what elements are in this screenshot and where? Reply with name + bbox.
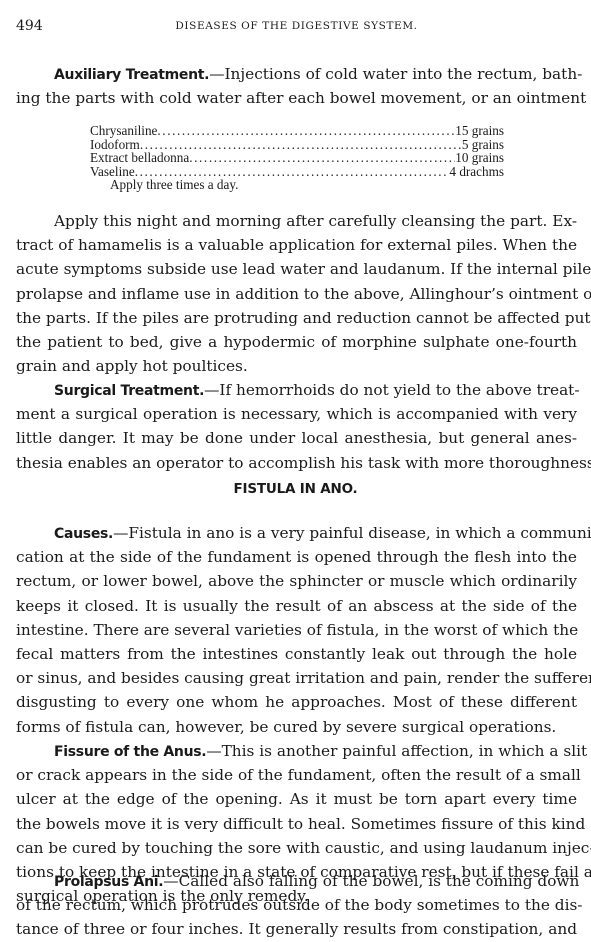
text-line: or crack appears in the side of the fund… [16,763,577,787]
recipe-note: Apply three times a day. [90,178,504,192]
text-line: of the rectum, which protrudes outside o… [16,893,577,917]
run-in-heading: Auxiliary Treatment. [54,67,209,83]
section-heading: FISTULA IN ANO. [0,481,591,497]
text-line: Causes.—Fistula in ano is a very painful… [16,521,577,545]
recipe-list: Chrysaniline15 grains Iodoform5 grains E… [90,124,504,192]
text-line: rectum, or lower bowel, above the sphinc… [16,569,577,593]
recipe-row: Chrysaniline15 grains [90,124,504,138]
text-line: ulcer at the edge of the opening. As it … [16,787,577,811]
text-line: Auxiliary Treatment.—Injections of cold … [16,62,577,86]
text-line: intestine. There are several varieties o… [16,618,577,642]
text-line: fecal matters from the intestines consta… [16,642,577,666]
text-line: grain and apply hot poultices. [16,354,577,378]
text-line: acute symptoms subside use lead water an… [16,257,577,281]
text-line: ing the parts with cold water after each… [16,86,577,110]
text-line: disgusting to every one whom he approach… [16,690,577,714]
text-line: keeps it closed. It is usually the resul… [16,594,577,618]
text-line: forms of fistula can, however, be cured … [16,715,577,739]
text-line: or sinus, and besides causing great irri… [16,666,577,690]
run-in-heading: Prolapsus Ani. [54,874,163,890]
text-line: the patient to bed, give a hypodermic of… [16,330,577,354]
run-in-heading: Fissure of the Anus. [54,744,206,760]
surgical-treatment-paragraph: Surgical Treatment.—If hemorrhoids do no… [16,378,577,475]
text-line: prolapse and inflame use in addition to … [16,282,577,306]
causes-paragraph: Causes.—Fistula in ano is a very painful… [16,521,577,739]
running-title: DISEASES OF THE DIGESTIVE SYSTEM. [16,20,577,32]
text-line: tance of three or four inches. It genera… [16,917,577,941]
text-line: can be cured by touching the sore with c… [16,836,577,860]
recipe-row: Vaseline4 drachms [90,165,504,179]
text-line: thesia enables an operator to accomplish… [16,451,577,475]
text-line: little danger. It may be done under loca… [16,426,577,450]
text-line: Prolapsus Ani.—Called also falling of th… [16,869,577,893]
run-in-heading: Causes. [54,526,113,542]
auxiliary-treatment-paragraph: Auxiliary Treatment.—Injections of cold … [16,62,577,110]
text-line: Surgical Treatment.—If hemorrhoids do no… [16,378,577,402]
apply-paragraph: Apply this night and morning after caref… [16,209,577,378]
text-line: ment a surgical operation is necessary, … [16,402,577,426]
book-page: 494 DISEASES OF THE DIGESTIVE SYSTEM. Au… [0,0,591,942]
running-header: 494 DISEASES OF THE DIGESTIVE SYSTEM. [16,18,577,38]
text-line: the bowels move it is very difficult to … [16,812,577,836]
text-line: tract of hamamelis is a valuable applica… [16,233,577,257]
run-in-heading: Surgical Treatment. [54,383,204,399]
text-line: Apply this night and morning after caref… [16,209,577,233]
text-line: the parts. If the piles are protruding a… [16,306,577,330]
prolapsus-paragraph: Prolapsus Ani.—Called also falling of th… [16,869,577,942]
text-line: Fissure of the Anus.—This is another pai… [16,739,577,763]
recipe-row: Extract belladonna10 grains [90,151,504,165]
text-line: cation at the side of the fundament is o… [16,545,577,569]
recipe-row: Iodoform5 grains [90,138,504,152]
